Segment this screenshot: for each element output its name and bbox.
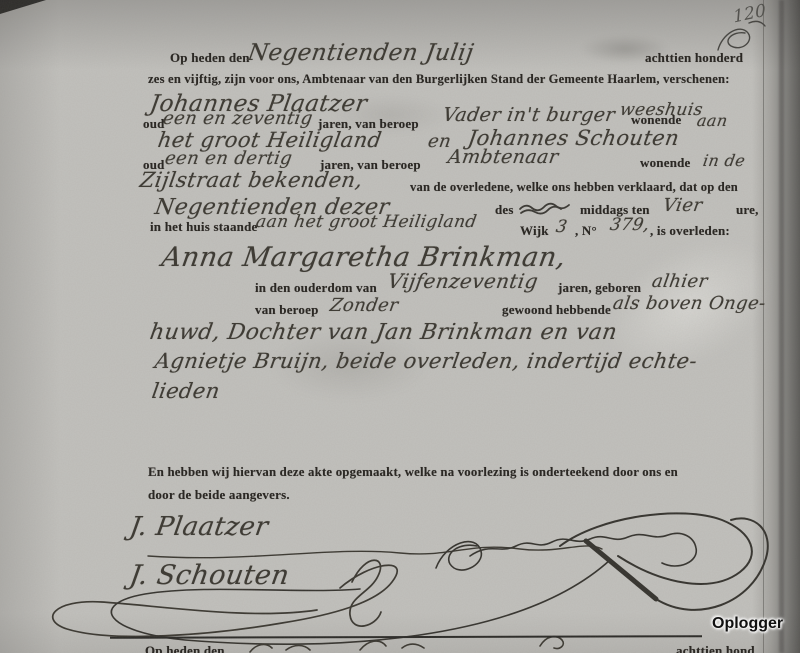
printed-declared-line: van de overledene, welke ons hebben verk…	[410, 181, 738, 194]
printed-closing-1: En hebben wij hiervan deze akte opgemaak…	[148, 466, 678, 479]
printed-gewoond: gewoond hebbende	[502, 303, 611, 316]
record-separator-rule	[110, 635, 702, 639]
printed-wonende-2: wonende	[640, 156, 691, 169]
printed-wijk: Wijk	[520, 224, 549, 237]
printed-huis-staande: in het huis staande	[150, 220, 257, 233]
printed-ure: ure,	[736, 203, 759, 216]
printed-closing-2: door de beide aangevers.	[148, 488, 290, 501]
printed-next-achttien: achttien hond	[676, 644, 755, 653]
hw-parents-line1: huwd, Dochter van Jan Brinkman en van	[148, 322, 618, 344]
hw-act-date: Negentienden Julij	[246, 42, 475, 65]
death-record-scan: 120 Op heden den achttien honderd zes en…	[0, 0, 800, 653]
hw-deceased-name: Anna Margaretha Brinkman,	[160, 244, 568, 271]
page-edge-line	[763, 0, 764, 653]
hw-declarant1-occupation: Vader in't burger	[441, 106, 616, 125]
hw-house-number: 379,	[609, 217, 651, 234]
plaatzer-flourish	[148, 546, 602, 558]
hw-declarant1-occupation2: weeshuis	[619, 102, 704, 119]
printed-line2: zes en vijftig, zijn voor ons, Ambtenaar…	[148, 73, 730, 86]
hw-wijk-number: 3	[555, 219, 569, 236]
corner-mark	[0, 0, 46, 14]
hw-deceased-occupation: Zonder	[329, 297, 400, 315]
paper-shading-left	[0, 0, 60, 653]
hw-deceased-residence: als boven Onge-	[612, 295, 767, 313]
signature-schouten: J. Schouten	[128, 562, 291, 589]
hw-declarant2-occupation: Ambtenaar	[446, 148, 559, 167]
printed-no: , N°	[575, 224, 597, 237]
printed-ouderdom: in den ouderdom van	[255, 281, 377, 294]
hw-death-hour: Vier	[662, 197, 704, 215]
signature-plaatzer: J. Plaatzer	[128, 514, 270, 540]
page-edge-streak	[779, 0, 784, 653]
hw-birthplace: alhier	[651, 273, 709, 291]
hw-parents-line3: lieden	[150, 381, 221, 402]
hw-declarant2-age: een en dertig	[164, 150, 294, 168]
printed-op-heden: Op heden den	[170, 51, 250, 64]
strikethrough-scribble	[520, 204, 569, 214]
hw-declarant1-age: een en zeventig	[162, 110, 315, 128]
oplogger-watermark: Oplogger	[712, 615, 783, 633]
printed-des: des	[495, 203, 514, 216]
hw-death-address: aan het groot Heiligland	[255, 214, 478, 231]
hw-deceased-age: Vijfenzeventig	[386, 271, 539, 291]
hw-parents-line2: Agnietje Bruijn, beide overleden, indert…	[153, 351, 698, 372]
hw-declarant2-residence-prefix: in de	[702, 153, 747, 169]
printed-is-overleden: , is overleden:	[650, 224, 730, 237]
hw-declarant1-residence-prefix: aan	[696, 113, 729, 129]
printed-achttien-honderd: achttien honderd	[645, 51, 743, 64]
next-act-handwriting-fragment	[250, 637, 563, 652]
printed-next-op-heden: Op heden den	[145, 644, 225, 653]
hw-declarant2-residence: Zijlstraat bekenden,	[138, 170, 364, 191]
printed-beroep-deceased: van beroep	[255, 303, 319, 316]
book-page-edge	[752, 0, 800, 653]
